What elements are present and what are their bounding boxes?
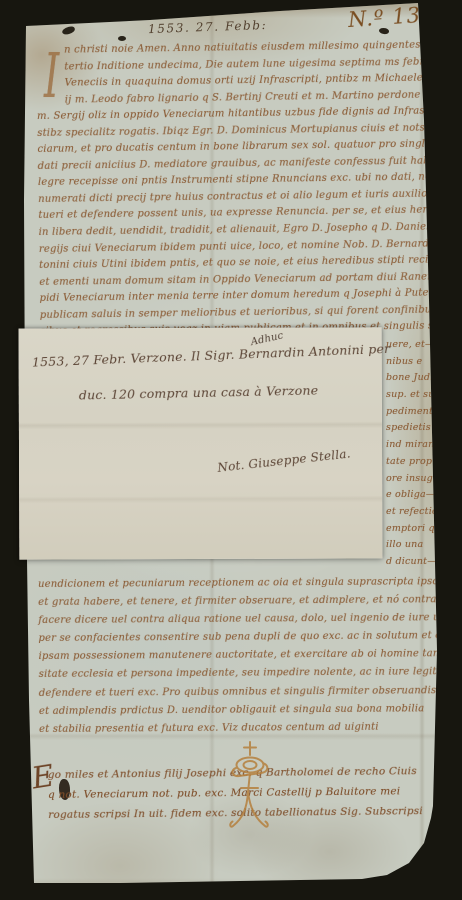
- manuscript-line-fragment: tate propria: [386, 454, 436, 471]
- manuscript-line-fragment: illo una: [386, 537, 436, 554]
- archive-number: N.º 138: [347, 2, 436, 32]
- manuscript-line-fragment: ore insug: [386, 471, 436, 488]
- manuscript-lower-block: uendicionem et pecuniarum receptionem ac…: [38, 573, 435, 739]
- archival-paper-slip: Adhuc 1553, 27 Febr. Verzone. Il Sigr. B…: [19, 327, 383, 559]
- manuscript-line-fragment: et refectio—: [386, 504, 436, 521]
- manuscript-line-fragment: uere, et—: [386, 337, 436, 354]
- date-inscription: 1553. 27. Febb:: [148, 18, 268, 36]
- slip-signature: Not. Giuseppe Stella.: [217, 447, 352, 475]
- manuscript-line-fragment: pedimenta: [386, 404, 436, 421]
- slip-entry-line1: 1553, 27 Febr. Verzone. Il Sigr. Bernard…: [32, 341, 391, 370]
- margin-line-endings: uere, et—nibus ebone Judi:sup. et suispe…: [386, 337, 436, 571]
- manuscript-line-fragment: spedietis: [386, 420, 436, 437]
- manuscript-line: et stabilia presentia et futura exc. Viz…: [39, 718, 435, 739]
- manuscript-line-fragment: nibus e: [386, 354, 436, 371]
- ink-blot: [118, 36, 126, 41]
- ink-blot: [61, 26, 75, 36]
- notary-signum-icon: [222, 740, 278, 842]
- manuscript-line-fragment: e obliga—: [386, 487, 436, 504]
- manuscript-line-fragment: sup. et suis: [386, 387, 436, 404]
- manuscript-line-fragment: emptori que: [386, 521, 436, 538]
- slip-entry-line2: duc. 120 compra una casa à Verzone: [79, 383, 319, 403]
- manuscript-scan-page: { "page": { "background": "#17160f" }, "…: [0, 0, 462, 900]
- manuscript-line-fragment: ind mirane—: [386, 437, 436, 454]
- manuscript-line-fragment: d dicunt—: [386, 554, 436, 571]
- manuscript-upper-block: n christi noie Amen. Anno natiuitatis ei…: [36, 37, 438, 340]
- manuscript-line-fragment: bone Judi:: [386, 370, 436, 387]
